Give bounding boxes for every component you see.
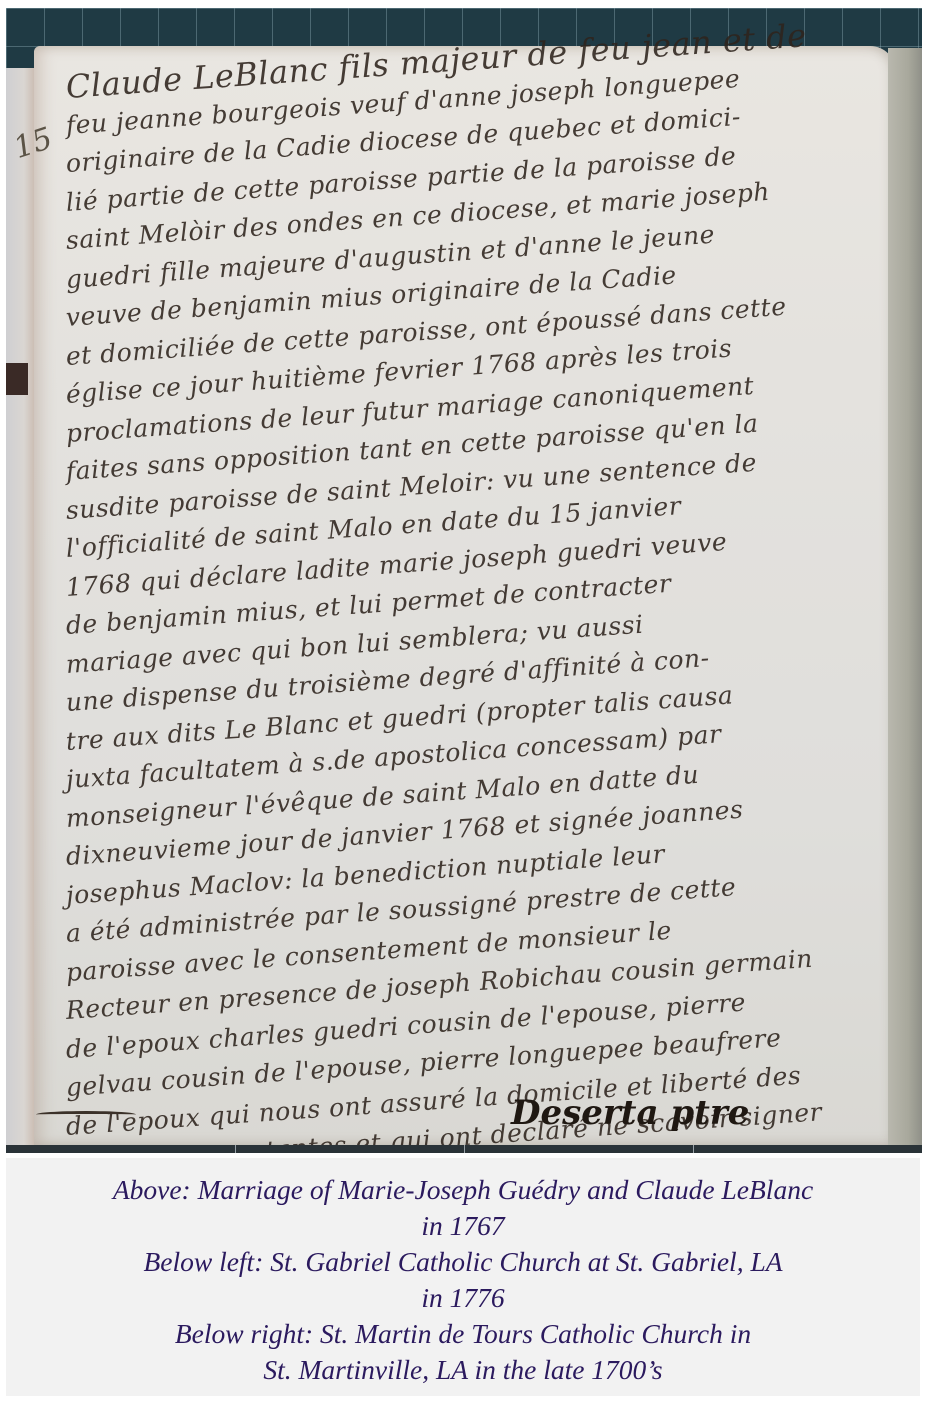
- manuscript-photo: 15 Claude LeBlanc fils majeur de feu jea…: [6, 8, 922, 1153]
- page-stack-edge: [888, 48, 922, 1153]
- manuscript-text: Claude LeBlanc fils majeur de feu jean e…: [66, 68, 886, 1153]
- caption-line-below-right: Below right: St. Martin de Tours Catholi…: [6, 1316, 920, 1352]
- photo-bottom-strip: [6, 1145, 922, 1153]
- ink-flourish: [36, 1111, 136, 1118]
- priest-signature: Deserta ptre: [511, 1093, 749, 1133]
- caption-line-below-left-year: in 1776: [6, 1280, 920, 1316]
- book-spine-edge: [6, 68, 36, 1153]
- caption-line-below-left: Below left: St. Gabriel Catholic Church …: [6, 1244, 920, 1280]
- caption-line-below-right-location: St. Martinville, LA in the late 1700’s: [6, 1352, 920, 1388]
- caption-line-above-year: in 1767: [6, 1208, 920, 1244]
- photo-caption: Above: Marriage of Marie-Joseph Guédry a…: [6, 1158, 920, 1396]
- caption-line-above: Above: Marriage of Marie-Joseph Guédry a…: [6, 1172, 920, 1208]
- binding-tab: [6, 363, 28, 395]
